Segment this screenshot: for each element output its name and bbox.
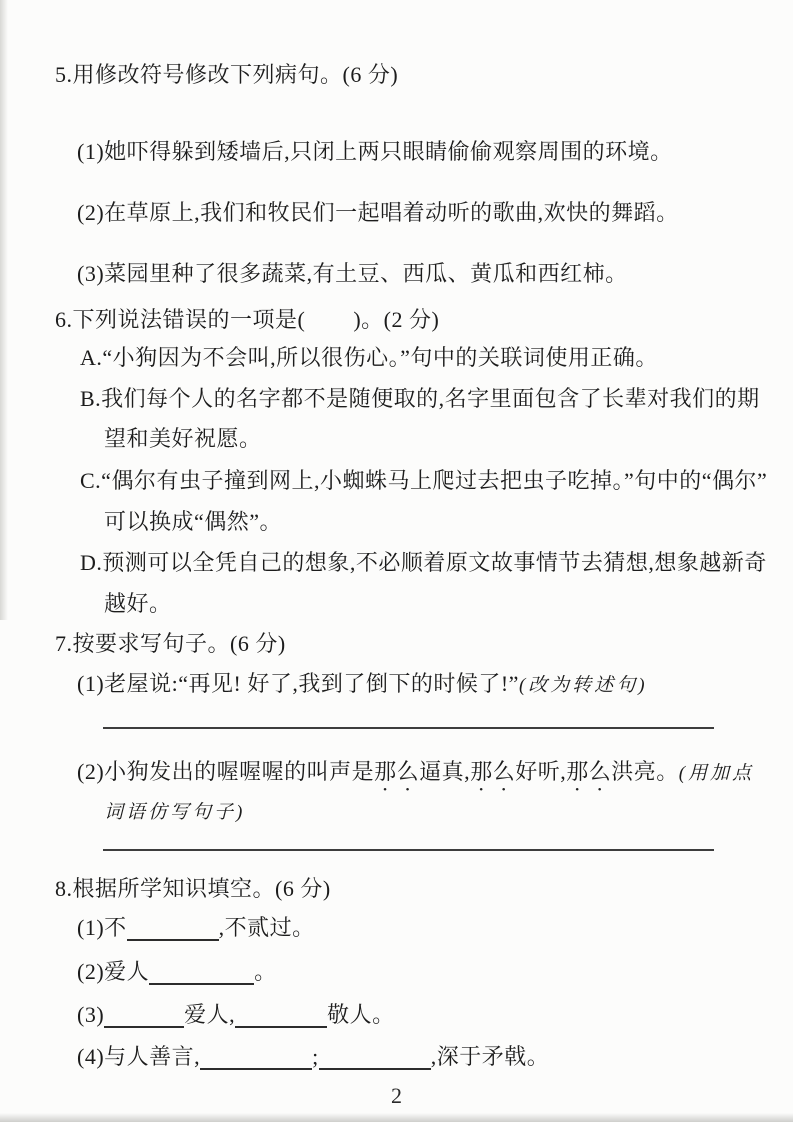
- question-8-item-3: (3)爱人,敬人。: [77, 1000, 395, 1030]
- question-8-item-4: (4)与人善言,;,深于矛戟。: [77, 1042, 549, 1072]
- question-5-heading: 5.用修改符号修改下列病句。(6 分): [55, 60, 398, 90]
- fill-blank: [200, 1058, 312, 1070]
- sentence-segment: (2)小狗发出的喔喔喔的叫声是: [77, 759, 374, 784]
- question-6-option-d-line1: D.预测可以全凭自己的想象,不必顺着原文故事情节去猜想,想象越新奇: [80, 548, 767, 578]
- question-8-heading: 8.根据所学知识填空。(6 分): [55, 874, 331, 904]
- page-number: 2: [0, 1083, 793, 1109]
- question-6-heading: 6.下列说法错误的一项是()。(2 分): [55, 305, 439, 335]
- question-6-heading-pre: 6.下列说法错误的一项是(: [55, 307, 305, 332]
- scan-edge-left: [0, 0, 8, 620]
- exam-page: 5.用修改符号修改下列病句。(6 分) (1)她吓得躲到矮墙后,只闭上两只眼睛偷…: [0, 0, 793, 1122]
- question-7-item-2-line1: (2)小狗发出的喔喔喔的叫声是那么逼真,那么好听,那么洪亮。(用加点: [77, 757, 754, 796]
- sentence-segment: 。: [254, 959, 277, 984]
- question-6-option-b-line1: B.我们每个人的名字都不是随便取的,名字里面包含了长辈对我们的期: [80, 384, 760, 414]
- sentence-segment: ,不贰过。: [219, 915, 315, 940]
- sentence-text: (1)老屋说:“再见! 好了,我到了倒下的时候了!”: [77, 671, 519, 696]
- sentence-segment: ,深于矛戟。: [431, 1044, 550, 1069]
- sentence-segment: (2)爱人: [77, 959, 149, 984]
- sentence-segment: 敬人。: [327, 1002, 395, 1027]
- question-8-item-1: (1)不,不贰过。: [77, 913, 315, 943]
- emphasized-word: 那么: [566, 759, 611, 784]
- answer-line-1: [103, 727, 714, 729]
- answer-line-2: [103, 849, 714, 851]
- scan-edge-bottom: [0, 1113, 793, 1122]
- fill-blank: [104, 1016, 184, 1028]
- sentence-segment: ;: [312, 1044, 319, 1069]
- fill-blank: [127, 929, 219, 941]
- emphasized-word: 那么: [470, 759, 515, 784]
- sentence-segment: (4)与人善言,: [77, 1044, 200, 1069]
- sentence-segment: 洪亮。: [611, 759, 679, 784]
- question-6-heading-post: )。(2 分): [353, 307, 439, 332]
- question-7-item-2-line2: 词语仿写句子): [104, 796, 245, 828]
- sentence-segment: (1)不: [77, 915, 127, 940]
- question-6-option-c-line2: 可以换成“偶然”。: [104, 507, 282, 537]
- sentence-segment: 逼真,: [419, 759, 470, 784]
- sentence-segment: (3): [77, 1002, 104, 1027]
- fill-blank: [319, 1058, 431, 1070]
- instruction-note: (用加点: [679, 763, 754, 784]
- question-6-option-a: A.“小狗因为不会叫,所以很伤心。”句中的关联词使用正确。: [80, 343, 658, 373]
- question-5-item-1: (1)她吓得躲到矮墙后,只闭上两只眼睛偷偷观察周围的环境。: [77, 137, 673, 167]
- question-7-item-1: (1)老屋说:“再见! 好了,我到了倒下的时候了!”(改为转述句): [77, 669, 648, 701]
- question-5-item-3: (3)菜园里种了很多蔬菜,有土豆、西瓜、黄瓜和西红柿。: [77, 259, 628, 289]
- question-5-item-2: (2)在草原上,我们和牧民们一起唱着动听的歌曲,欢快的舞蹈。: [77, 198, 679, 228]
- instruction-note: 词语仿写句子): [104, 802, 245, 823]
- question-6-option-b-line2: 望和美好祝愿。: [104, 424, 262, 454]
- question-6-option-d-line2: 越好。: [104, 589, 172, 619]
- sentence-segment: 好听,: [515, 759, 566, 784]
- emphasized-word: 那么: [374, 759, 419, 784]
- question-8-item-2: (2)爱人。: [77, 957, 277, 987]
- instruction-note: (改为转述句): [519, 675, 648, 696]
- sentence-segment: 爱人,: [184, 1002, 235, 1027]
- question-6-option-c-line1: C.“偶尔有虫子撞到网上,小蜘蛛马上爬过去把虫子吃掉。”句中的“偶尔”: [80, 466, 767, 496]
- fill-blank: [149, 973, 254, 985]
- fill-blank: [235, 1016, 327, 1028]
- question-7-heading: 7.按要求写句子。(6 分): [55, 629, 286, 659]
